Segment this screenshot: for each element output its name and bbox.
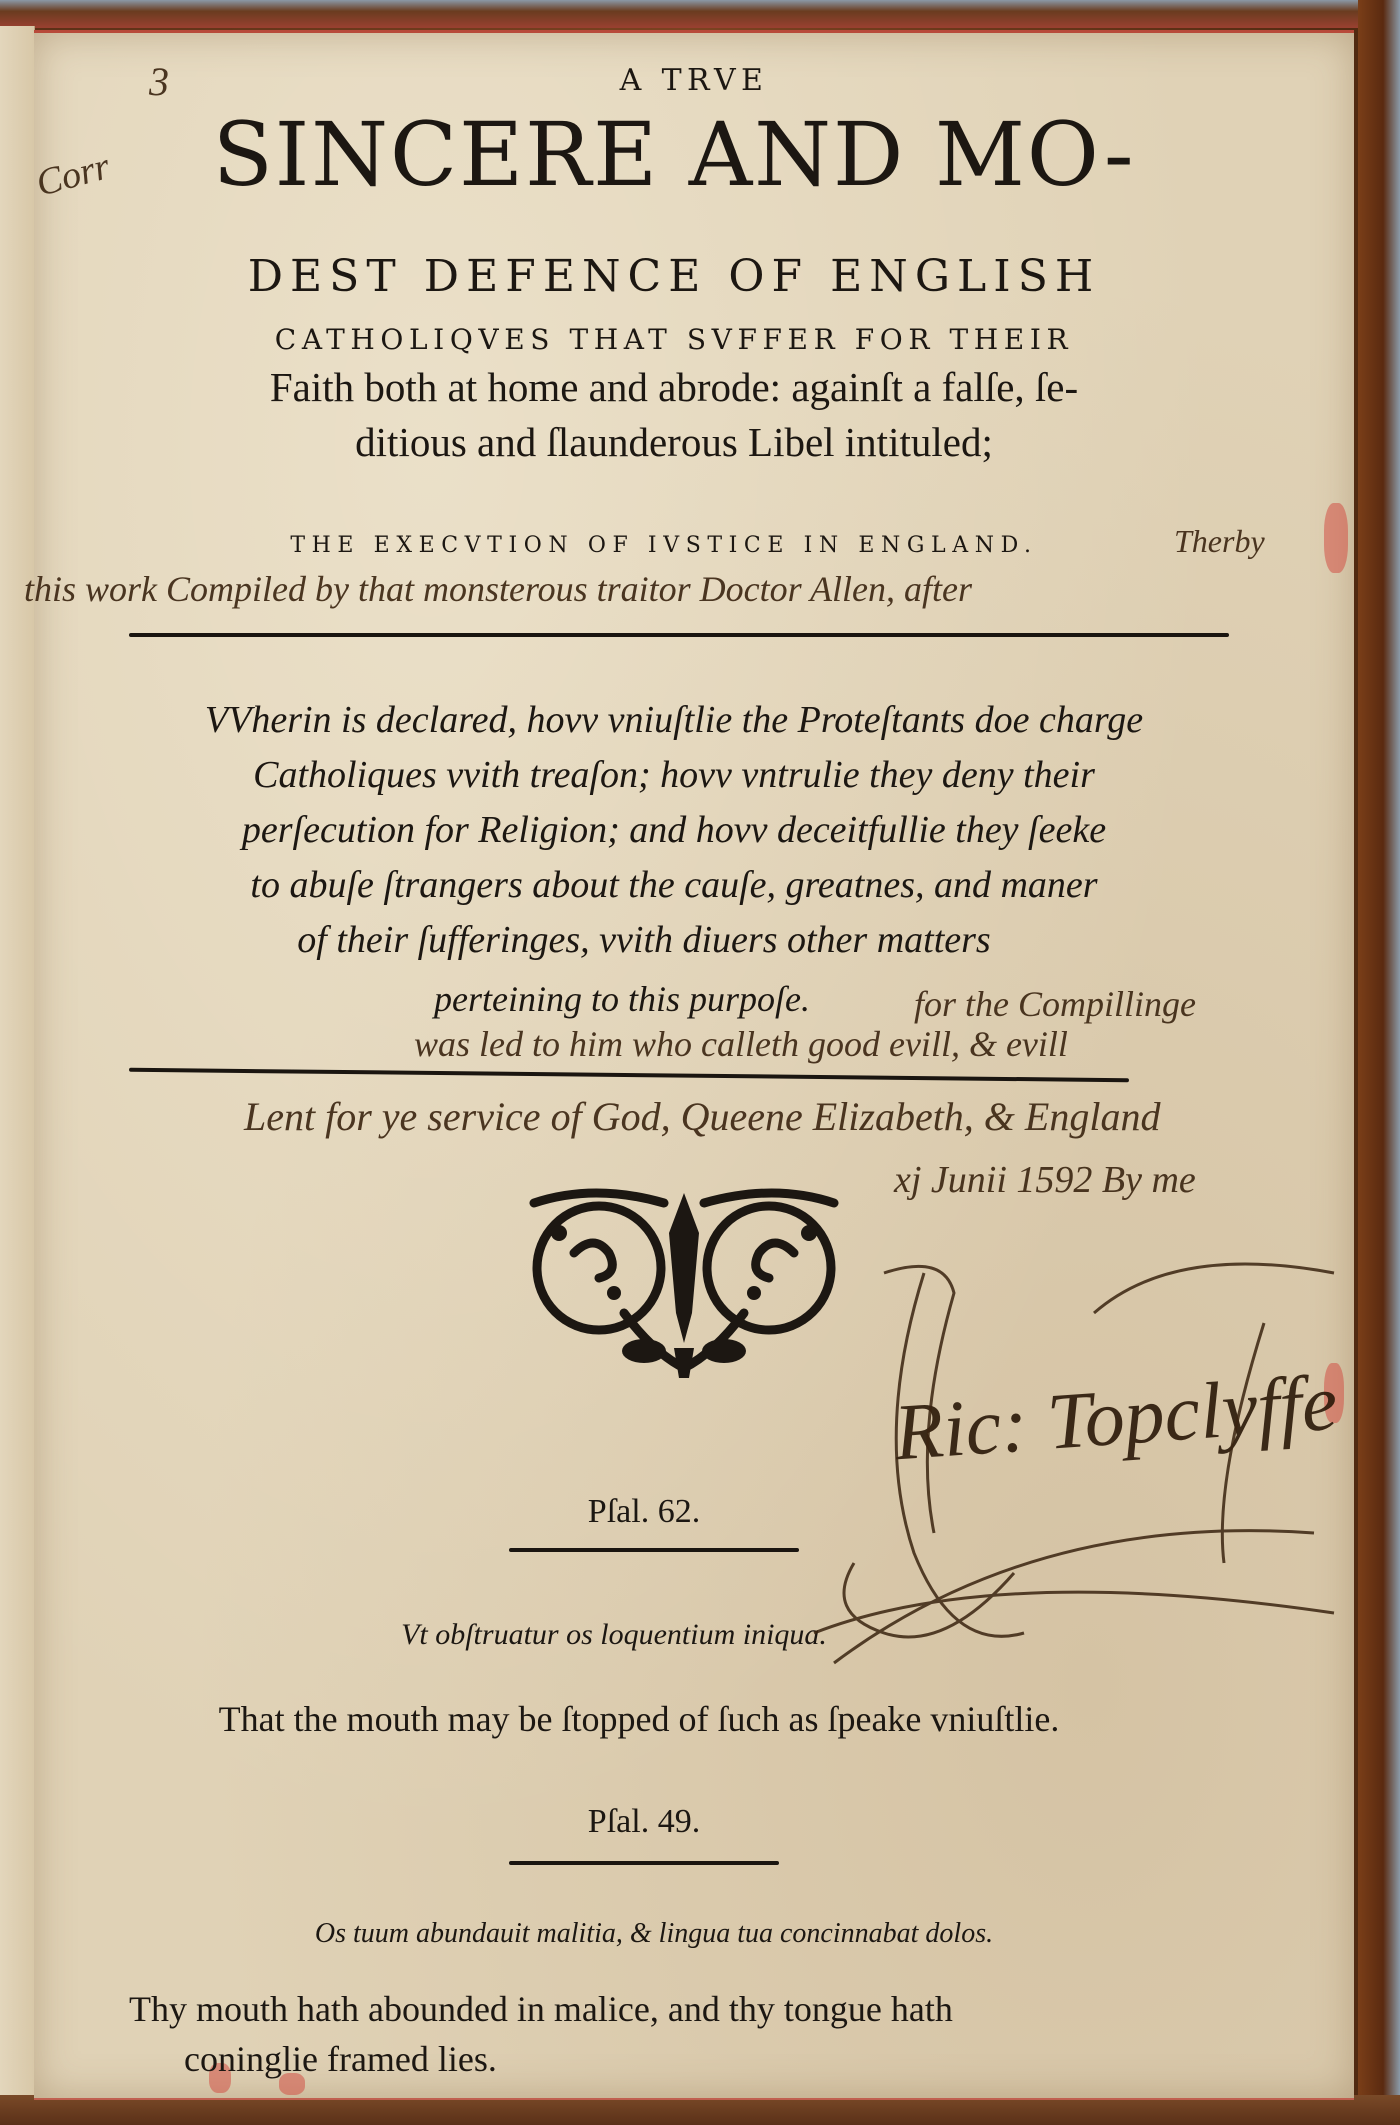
description-line-5: of their ſufferinges, vvith diuers other…	[0, 918, 1304, 962]
handwritten-line-5: xj Junii 1592 By me	[894, 1158, 1196, 1202]
psalm-49-ref: Pſal. 49.	[0, 1803, 1304, 1841]
libel-title: THE EXECVTION OF IVSTICE IN ENGLAND.	[4, 533, 1324, 558]
description-line-1: VVherin is declared, hovv vniuſtlie the …	[14, 698, 1334, 742]
rule	[509, 1548, 799, 1552]
signature-flourish-icon	[794, 1233, 1354, 1713]
rule	[509, 1861, 779, 1865]
title-line-4: Faith both at home and abrode: againſt a…	[14, 363, 1334, 411]
book-top-edge	[0, 0, 1400, 28]
handwritten-line-3: was led to him who calleth good evill, &…	[414, 1023, 1068, 1065]
handwritten-line-1-right: Therby	[1174, 523, 1265, 560]
title-line-5: ditious and ſlaunderous Libel intituled;	[14, 418, 1334, 466]
rule	[129, 633, 1229, 637]
rule	[129, 1068, 1129, 1082]
psalm-49-english-1: Thy mouth hath abounded in malice, and t…	[129, 1988, 953, 2030]
description-line-3: perſecution for Religion; and hovv decei…	[14, 808, 1334, 852]
title-page: A TRVE SINCERE AND MO- DEST DEFENCE OF E…	[34, 30, 1354, 2100]
description-line-2: Catholiques vvith treaſon; hovv vntrulie…	[14, 753, 1334, 797]
title-line-1: SINCERE AND MO-	[14, 103, 1334, 206]
red-stain	[1324, 503, 1348, 573]
description-line-4: to abuſe ſtrangers about the cauſe, grea…	[14, 863, 1334, 907]
title-line-3: CATHOLIQVES THAT SVFFER FOR THEIR	[14, 323, 1334, 356]
binding-right-edge	[1358, 0, 1400, 2125]
title-line-2: DEST DEFENCE OF ENGLISH	[14, 251, 1334, 302]
handwritten-line-2: for the Compillinge	[914, 983, 1196, 1025]
handwritten-line-4: Lent for ye service of God, Queene Eliza…	[244, 1093, 1160, 1140]
description-line-6: perteining to this purpoſe.	[434, 978, 810, 1020]
title-a-true: A TRVE	[34, 63, 1354, 98]
psalm-49-english-2: coninglie framed lies.	[184, 2038, 497, 2080]
psalm-49-latin: Os tuum abundauit malitia, & lingua tua …	[0, 1918, 1314, 1950]
handwritten-mark: 3	[149, 58, 169, 105]
handwritten-line-1: this work Compiled by that monsterous tr…	[24, 568, 972, 610]
